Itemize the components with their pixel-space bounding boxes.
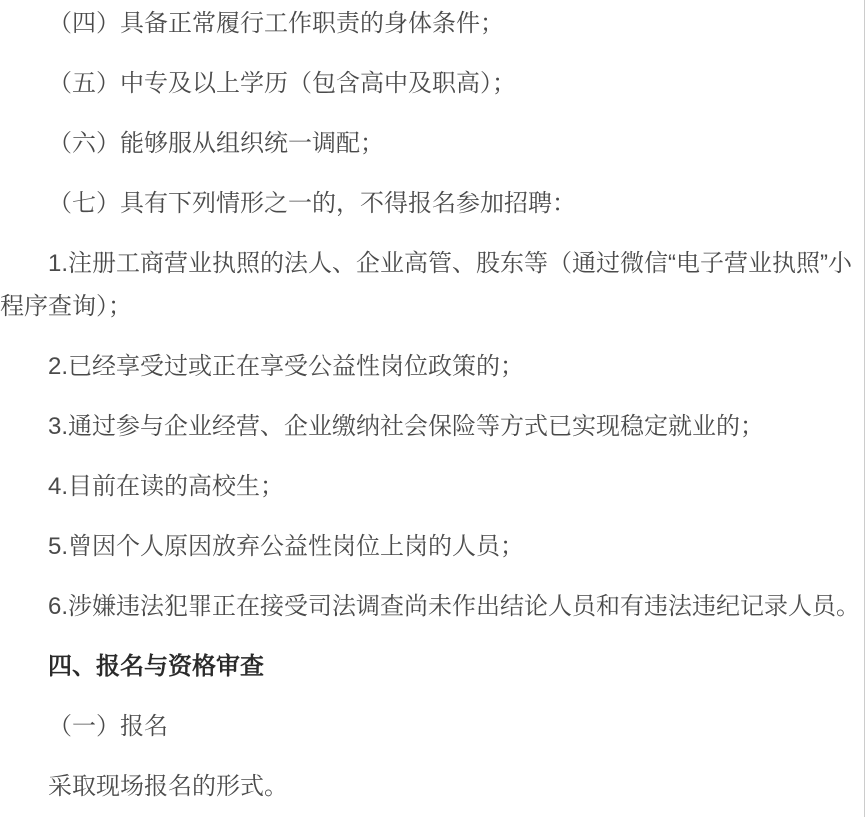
numbered-item-1: 1.注册工商营业执照的法人、企业高管、股东等（通过微信“电子营业执照”小程序查询… <box>0 242 864 328</box>
clause-item-4: （四）具备正常履行工作职责的身体条件； <box>0 2 864 45</box>
numbered-item-5: 5.曾因个人原因放弃公益性岗位上岗的人员； <box>0 525 864 568</box>
subsection-heading-signup: （一）报名 <box>0 705 864 748</box>
section-heading-registration: 四、报名与资格审查 <box>0 645 864 688</box>
recruitment-notice-page: （四）具备正常履行工作职责的身体条件； （五）中专及以上学历（包含高中及职高）；… <box>0 0 865 817</box>
numbered-item-3: 3.通过参与企业经营、企业缴纳社会保险等方式已实现稳定就业的； <box>0 405 864 448</box>
numbered-item-2: 2.已经享受过或正在享受公益性岗位政策的； <box>0 345 864 388</box>
numbered-item-6: 6.涉嫌违法犯罪正在接受司法调查尚未作出结论人员和有违法违纪记录人员。 <box>0 585 864 628</box>
numbered-item-4: 4.目前在读的高校生； <box>0 465 864 508</box>
body-text-signup-method: 采取现场报名的形式。 <box>0 765 864 808</box>
clause-item-7: （七）具有下列情形之一的，不得报名参加招聘： <box>0 182 864 225</box>
clause-item-6: （六）能够服从组织统一调配； <box>0 122 864 165</box>
clause-item-5: （五）中专及以上学历（包含高中及职高）； <box>0 62 864 105</box>
